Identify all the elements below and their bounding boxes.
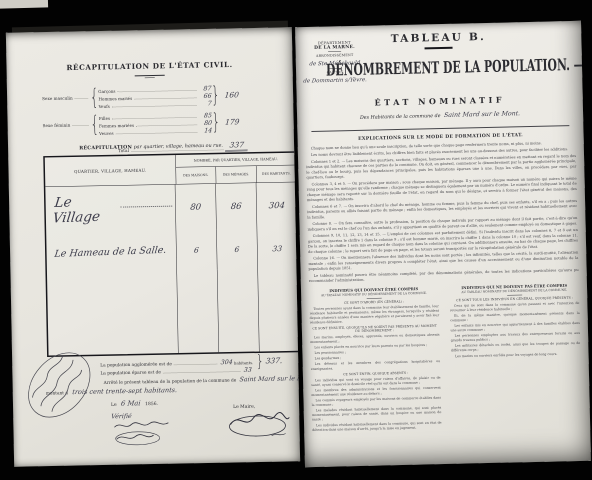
agglo-value: 304 bbox=[220, 358, 233, 366]
rule-paragraph: Les détenus et les membres des congrégat… bbox=[311, 359, 441, 371]
exclude-column: INDIVIDUS QUI NE DOIVENT PAS ÊTRE COMPRI… bbox=[449, 283, 582, 430]
maire-signature bbox=[223, 408, 294, 445]
table-header: QUARTIER, VILLAGE, HAMEAU. NOMBRE, PAR Q… bbox=[45, 153, 297, 187]
brace-close: } bbox=[256, 351, 264, 370]
menages-value: 6 bbox=[234, 245, 240, 254]
habitants-value: 304 bbox=[268, 200, 285, 210]
brace-close: } bbox=[212, 109, 221, 135]
handwritten-value: 14 bbox=[199, 126, 213, 134]
scanned-census-spread: RÉCAPITULATION DE L'ÉTAT CIVIL. Sexe mas… bbox=[0, 0, 592, 480]
rule-paragraph: Toutes personnes ayant dans la commune l… bbox=[309, 304, 439, 325]
row-label: Veufs bbox=[99, 104, 110, 109]
population-summary: La population agglomérée est de 304 habi… bbox=[100, 357, 253, 376]
handwritten-value: 87 bbox=[198, 84, 212, 92]
divider bbox=[507, 295, 522, 296]
handwritten-value: 85 bbox=[198, 111, 212, 119]
title-rule-2 bbox=[145, 77, 155, 78]
brace-close: } bbox=[211, 82, 220, 108]
maire-block: Le Maire, bbox=[223, 403, 294, 445]
male-group: Sexe masculin { Garçons87 Hommes mariés6… bbox=[42, 81, 264, 112]
col-habitants-header: DES HABITANTS. bbox=[256, 165, 296, 182]
male-row: Veufs7 bbox=[98, 99, 211, 109]
tableau-b-heading: TABLEAU B. bbox=[295, 29, 581, 47]
female-group: Sexe féminin { Filles85 Femmes mariées80… bbox=[42, 108, 264, 139]
right-page: DÉPARTEMENT DE LA MARNE. ARRONDISSEMENT … bbox=[295, 21, 591, 467]
left-page: RÉCAPITULATION DE L'ÉTAT CIVIL. Sexe mas… bbox=[6, 27, 300, 466]
commune-name-handwritten: Saint Mard sur le Mont. bbox=[444, 109, 521, 118]
brace-open: { bbox=[90, 85, 99, 111]
verifie-handwritten: Vérifié bbox=[111, 412, 132, 420]
female-total: 179 bbox=[225, 117, 240, 126]
table-row: Le Village 80 86 304 bbox=[45, 182, 297, 233]
menages-value: 86 bbox=[230, 201, 242, 211]
tableau-rule bbox=[425, 47, 453, 50]
female-group-label: Sexe féminin bbox=[43, 123, 71, 129]
explanations-body: EXPLICATIONS SUR LE MODE DE FORMATION DE… bbox=[306, 131, 583, 465]
male-total: 160 bbox=[224, 90, 239, 99]
title-rule bbox=[135, 75, 165, 77]
verifie-block: Vérifié bbox=[111, 409, 182, 450]
page-edge-sliver bbox=[0, 0, 48, 9]
maisons-value: 80 bbox=[190, 202, 202, 212]
eparse-value: 33 bbox=[244, 366, 253, 374]
row-label: Veuves bbox=[99, 130, 114, 135]
divider bbox=[328, 51, 341, 52]
scattered-line: La population éparse est de 33 bbox=[100, 365, 253, 376]
date-line: Le 6 Mai 1856. bbox=[111, 399, 158, 408]
habitants-value: 33 bbox=[272, 244, 282, 253]
population-total-value: 337. bbox=[265, 356, 283, 365]
maisons-value: 6 bbox=[194, 246, 200, 255]
female-row: Veuves14 bbox=[99, 126, 212, 136]
table-row: Le Hameau de la Salle. 6 6 33 bbox=[46, 228, 298, 273]
table-empty-rows bbox=[47, 268, 300, 355]
verifier-signature bbox=[111, 419, 177, 450]
handwritten-value: 80 bbox=[199, 119, 213, 127]
date-handwritten: 6 Mai bbox=[121, 399, 141, 407]
male-group-label: Sexe masculin bbox=[42, 96, 73, 102]
subtitle-prefix: Des Habitants de la commune de bbox=[360, 113, 441, 120]
recap-etat-civil-title: RÉCAPITULATION DE L'ÉTAT CIVIL. bbox=[6, 59, 292, 73]
rule-paragraph: Les individus résidant habituellement da… bbox=[312, 420, 442, 432]
population-total-brace: } 337. bbox=[256, 354, 283, 369]
arrete-line: Arrêté le présent tableau de la populati… bbox=[104, 374, 297, 385]
arrondissement-label: ARRONDISSEMENT bbox=[298, 53, 372, 59]
brace-open: { bbox=[90, 112, 99, 138]
col-place-header: QUARTIER, VILLAGE, HAMEAU. bbox=[45, 155, 176, 187]
commune-name-handwritten: Saint Mard sur le Mont bbox=[239, 374, 300, 383]
handwritten-value: 66 bbox=[198, 92, 212, 100]
col-menages-header: DES MÉNAGES. bbox=[216, 166, 257, 183]
dotted-leader bbox=[121, 206, 173, 208]
handwritten-value: 7 bbox=[198, 99, 212, 107]
dotted-leader bbox=[75, 98, 88, 99]
place-name-handwritten: Le Hameau de la Salle. bbox=[54, 244, 167, 259]
place-name-handwritten: Le Village bbox=[52, 193, 120, 226]
include-column: INDIVIDUS QUI DOIVENT ÊTRE COMPRIS AU TA… bbox=[309, 286, 442, 433]
two-column-rules: INDIVIDUS QUI DOIVENT ÊTRE COMPRIS AU TA… bbox=[309, 283, 582, 434]
col-maisons-header: DES MAISONS. bbox=[176, 167, 217, 184]
dotted-leader bbox=[72, 125, 88, 126]
recap-table: QUARTIER, VILLAGE, HAMEAU. NOMBRE, PAR Q… bbox=[43, 151, 300, 357]
divider bbox=[366, 298, 381, 299]
